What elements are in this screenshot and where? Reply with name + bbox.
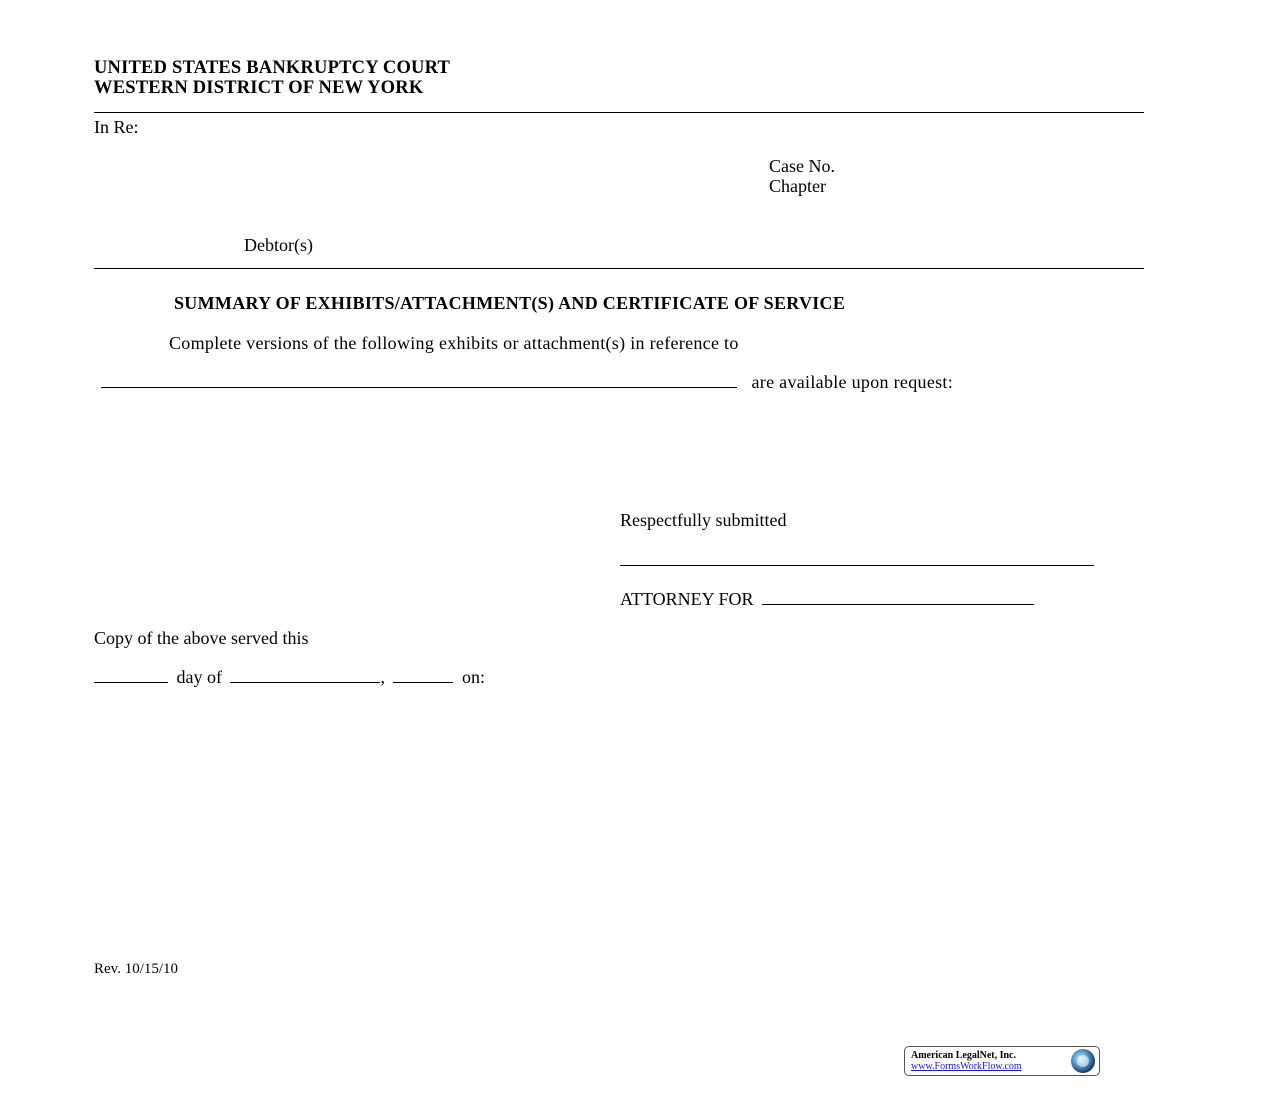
attorney-for-blank[interactable] xyxy=(762,590,1034,605)
year-blank[interactable] xyxy=(393,668,453,683)
reference-blank[interactable] xyxy=(101,373,737,388)
signature-line[interactable] xyxy=(620,551,1094,566)
court-district: WESTERN DISTRICT OF NEW YORK xyxy=(94,78,423,98)
in-re-label: In Re: xyxy=(94,117,139,137)
document-title: SUMMARY OF EXHIBITS/ATTACHMENT(S) AND CE… xyxy=(174,293,845,314)
attorney-for-label: ATTORNEY FOR xyxy=(620,589,754,609)
month-blank[interactable] xyxy=(230,668,380,683)
logo-url-link[interactable]: www.FormsWorkFlow.com xyxy=(911,1061,1022,1072)
case-number-label: Case No. xyxy=(769,156,835,176)
on-label: on: xyxy=(462,667,485,687)
header-divider xyxy=(94,112,1144,113)
caption-divider xyxy=(94,268,1144,269)
globe-icon xyxy=(1071,1049,1095,1073)
service-date-line: day of , on: xyxy=(94,667,485,687)
court-name: UNITED STATES BANKRUPTCY COURT xyxy=(94,58,450,78)
reference-line: are available upon request: xyxy=(101,372,953,392)
day-blank[interactable] xyxy=(94,668,168,683)
comma: , xyxy=(380,667,385,687)
intro-text: Complete versions of the following exhib… xyxy=(169,333,739,353)
american-legalnet-logo[interactable]: American LegalNet, Inc. www.FormsWorkFlo… xyxy=(904,1046,1100,1076)
attorney-for-line: ATTORNEY FOR xyxy=(620,589,1034,609)
respectfully-submitted: Respectfully submitted xyxy=(620,510,786,530)
logo-company-name: American LegalNet, Inc. xyxy=(911,1050,1016,1061)
revision-date: Rev. 10/15/10 xyxy=(94,961,178,978)
day-of-label: day of xyxy=(177,667,222,687)
copy-served-text: Copy of the above served this xyxy=(94,628,308,648)
available-text: are available upon request: xyxy=(752,372,954,392)
debtors-label: Debtor(s) xyxy=(244,235,313,255)
chapter-label: Chapter xyxy=(769,176,826,196)
